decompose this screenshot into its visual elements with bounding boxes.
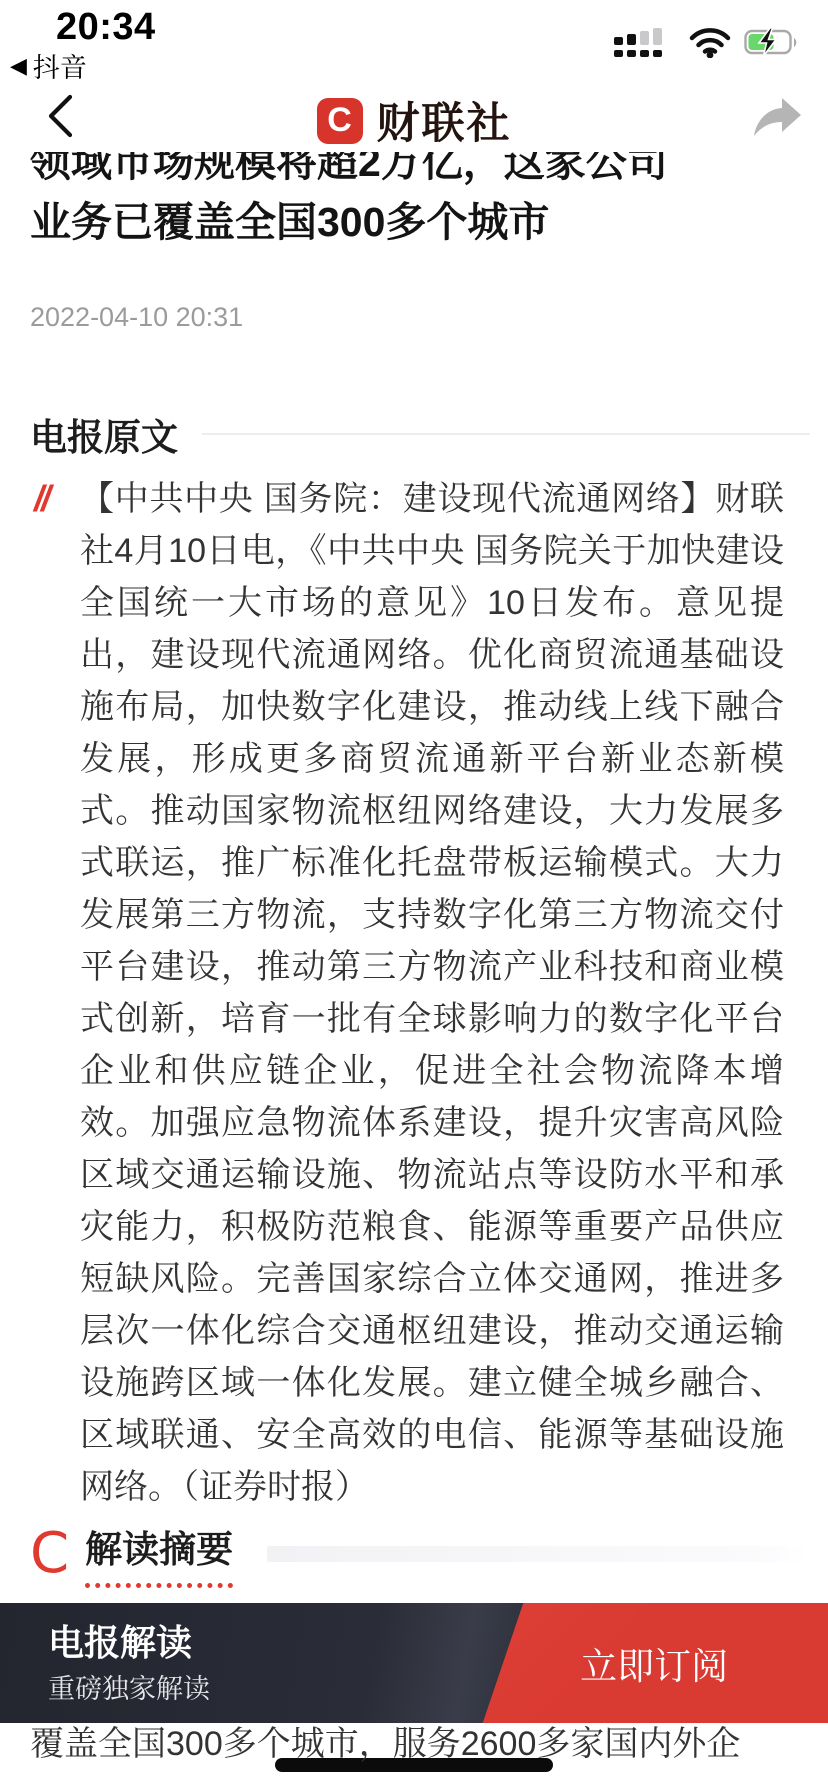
summary-heading: 解读摘要 [85, 1519, 233, 1588]
summary-header-band [267, 1546, 810, 1562]
cellular-signal-icon [614, 27, 676, 57]
summary-c-logo-icon: C [30, 1526, 69, 1582]
cailianshe-c-logo-icon: C [317, 98, 363, 144]
article-title-line2: 业务已覆盖全国300多个城市 [30, 192, 798, 252]
article-content: 领域市场规模将超2万亿，这家公司 业务已覆盖全国300多个城市 2022-04-… [0, 152, 828, 1770]
back-to-app-link[interactable]: ◀ 抖音 [10, 46, 87, 85]
quote-slashes-icon: // [34, 473, 48, 525]
publish-time: 2022-04-10 20:31 [30, 302, 798, 333]
nav-bar: C 财联社 [0, 80, 828, 152]
status-icons [614, 26, 802, 58]
clock: 20:34 [56, 6, 156, 49]
summary-section-header: C 解读摘要 [30, 1519, 810, 1588]
back-to-app-label: 抖音 [33, 46, 87, 85]
banner-title: 电报解读 [48, 1615, 192, 1666]
battery-charging-icon [744, 27, 802, 57]
banner-subtitle: 重磅独家解读 [48, 1667, 210, 1706]
subscribe-banner[interactable]: 电报解读 重磅独家解读 立即订阅 [0, 1603, 828, 1723]
header-divider-line [202, 433, 810, 435]
app-logo: C 财联社 [0, 90, 828, 151]
telegraph-heading: 电报原文 [30, 407, 178, 461]
back-to-app-triangle-icon: ◀ [10, 52, 27, 79]
app-name: 财联社 [377, 90, 512, 151]
telegraph-text: 【中共中央 国务院：建设现代流通网络】财联社4月10日电，《中共中央 国务院关于… [80, 480, 784, 1506]
telegraph-section-header: 电报原文 [30, 407, 810, 461]
share-button[interactable] [750, 96, 804, 138]
wifi-icon [688, 26, 732, 58]
app-screen: 20:34 ◀ 抖音 [0, 0, 828, 1792]
telegraph-body: // 【中共中央 国务院：建设现代流通网络】财联社4月10日电，《中共中央 国务… [80, 473, 784, 1513]
subscribe-now-button[interactable]: 立即订阅 [480, 1603, 828, 1723]
status-bar: 20:34 ◀ 抖音 [0, 0, 828, 80]
